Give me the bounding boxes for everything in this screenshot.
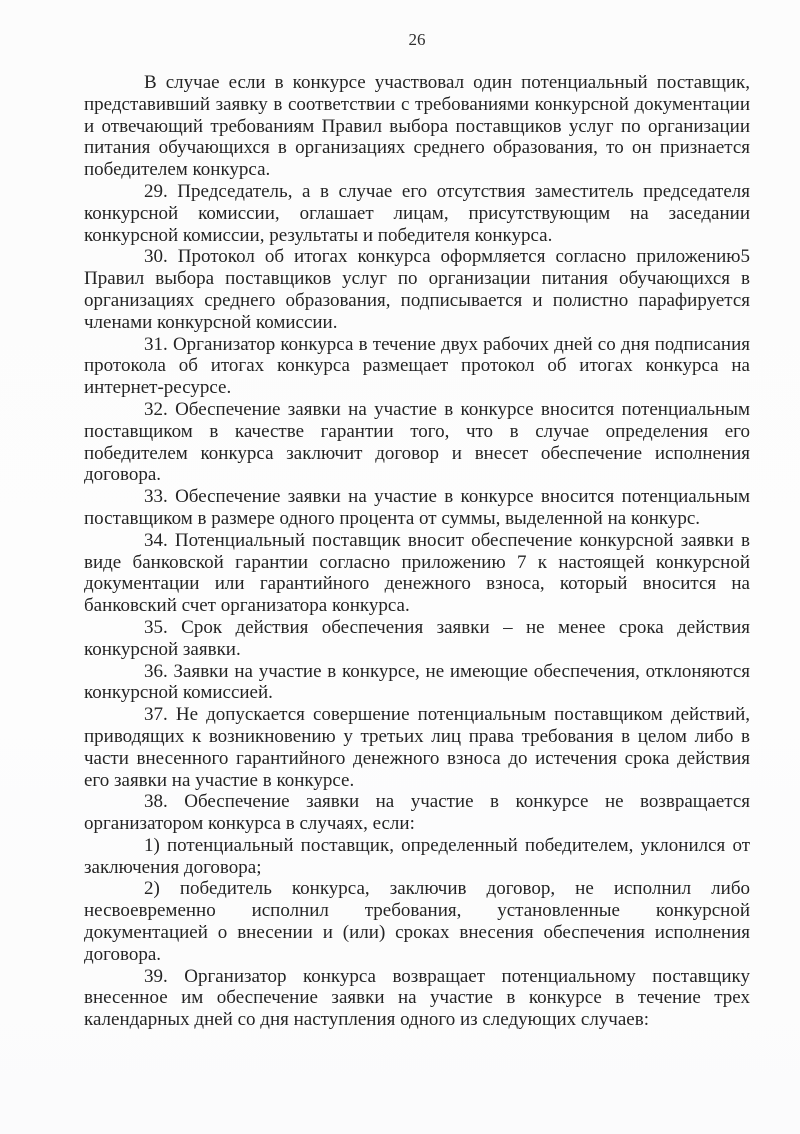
paragraph: 31. Организатор конкурса в течение двух … — [84, 334, 750, 399]
document-page: 26 В случае если в конкурсе участвовал о… — [0, 0, 800, 1134]
paragraph: 32. Обеспечение заявки на участие в конк… — [84, 399, 750, 486]
paragraph: 30. Протокол об итогах конкурса оформляе… — [84, 246, 750, 333]
paragraph: 33. Обеспечение заявки на участие в конк… — [84, 486, 750, 530]
page-number: 26 — [84, 30, 750, 50]
paragraph: 39. Организатор конкурса возвращает поте… — [84, 966, 750, 1031]
document-body: В случае если в конкурсе участвовал один… — [84, 72, 750, 1031]
paragraph: В случае если в конкурсе участвовал один… — [84, 72, 750, 181]
paragraph: 35. Срок действия обеспечения заявки – н… — [84, 617, 750, 661]
paragraph: 38. Обеспечение заявки на участие в конк… — [84, 791, 750, 835]
paragraph: 2) победитель конкурса, заключив договор… — [84, 878, 750, 965]
paragraph: 29. Председатель, а в случае его отсутст… — [84, 181, 750, 246]
paragraph: 36. Заявки на участие в конкурсе, не име… — [84, 661, 750, 705]
paragraph: 34. Потенциальный поставщик вносит обесп… — [84, 530, 750, 617]
paragraph: 1) потенциальный поставщик, определенный… — [84, 835, 750, 879]
paragraph: 37. Не допускается совершение потенциаль… — [84, 704, 750, 791]
